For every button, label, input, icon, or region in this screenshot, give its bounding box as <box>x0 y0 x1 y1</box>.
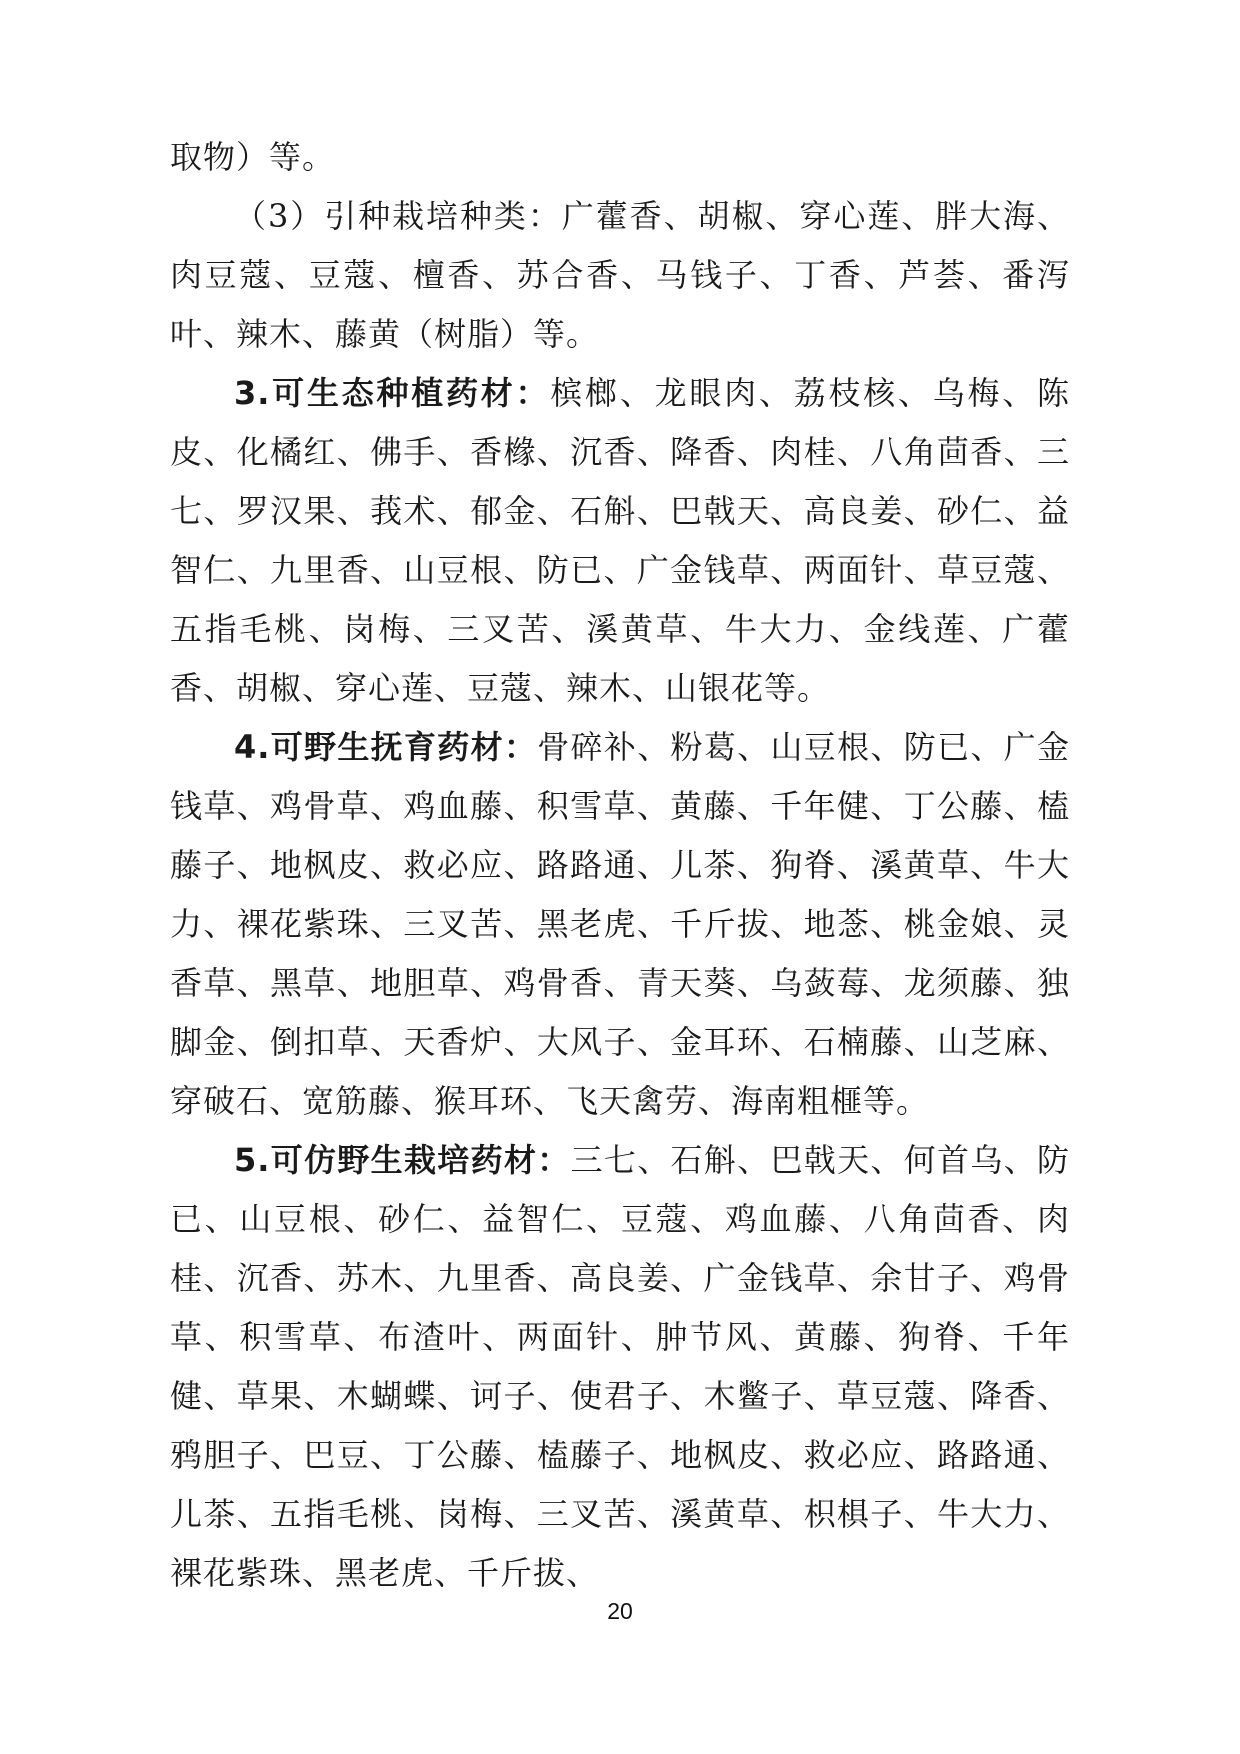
paragraph-introduced-cultivation: （3）引种栽培种类：广藿香、胡椒、穿心莲、胖大海、肉豆蔻、豆蔻、檀香、苏合香、马… <box>170 187 1070 364</box>
paragraph-text: 槟榔、龙眼肉、荔枝核、乌梅、陈皮、化橘红、佛手、香橼、沉香、降香、肉桂、八角茴香… <box>170 374 1070 707</box>
page-number: 20 <box>0 1598 1240 1625</box>
paragraph-text: 取物）等。 <box>170 138 335 176</box>
paragraph-continuation: 取物）等。 <box>170 128 1070 187</box>
paragraph-text: 骨碎补、粉葛、山豆根、防已、广金钱草、鸡骨草、鸡血藤、积雪草、黄藤、千年健、丁公… <box>170 728 1070 1120</box>
paragraph-simulated-wild-cultivation-herbs: 5.可仿野生栽培药材：三七、石斛、巴戟天、何首乌、防已、山豆根、砂仁、益智仁、豆… <box>170 1131 1070 1603</box>
paragraph-text: （3）引种栽培种类：广藿香、胡椒、穿心莲、胖大海、肉豆蔻、豆蔻、檀香、苏合香、马… <box>170 197 1070 353</box>
paragraph-wild-tending-herbs: 4.可野生抚育药材：骨碎补、粉葛、山豆根、防已、广金钱草、鸡骨草、鸡血藤、积雪草… <box>170 718 1070 1131</box>
paragraph-eco-plantable-herbs: 3.可生态种植药材：槟榔、龙眼肉、荔枝核、乌梅、陈皮、化橘红、佛手、香橼、沉香、… <box>170 364 1070 718</box>
section-heading: 3.可生态种植药材： <box>234 374 550 412</box>
document-content: 取物）等。 （3）引种栽培种类：广藿香、胡椒、穿心莲、胖大海、肉豆蔻、豆蔻、檀香… <box>170 128 1070 1603</box>
paragraph-text: 三七、石斛、巴戟天、何首乌、防已、山豆根、砂仁、益智仁、豆蔻、鸡血藤、八角茴香、… <box>170 1141 1070 1592</box>
section-heading: 4.可野生抚育药材： <box>234 728 537 766</box>
section-heading: 5.可仿野生栽培药材： <box>234 1141 571 1179</box>
document-page: 取物）等。 （3）引种栽培种类：广藿香、胡椒、穿心莲、胖大海、肉豆蔻、豆蔻、檀香… <box>0 0 1240 1754</box>
